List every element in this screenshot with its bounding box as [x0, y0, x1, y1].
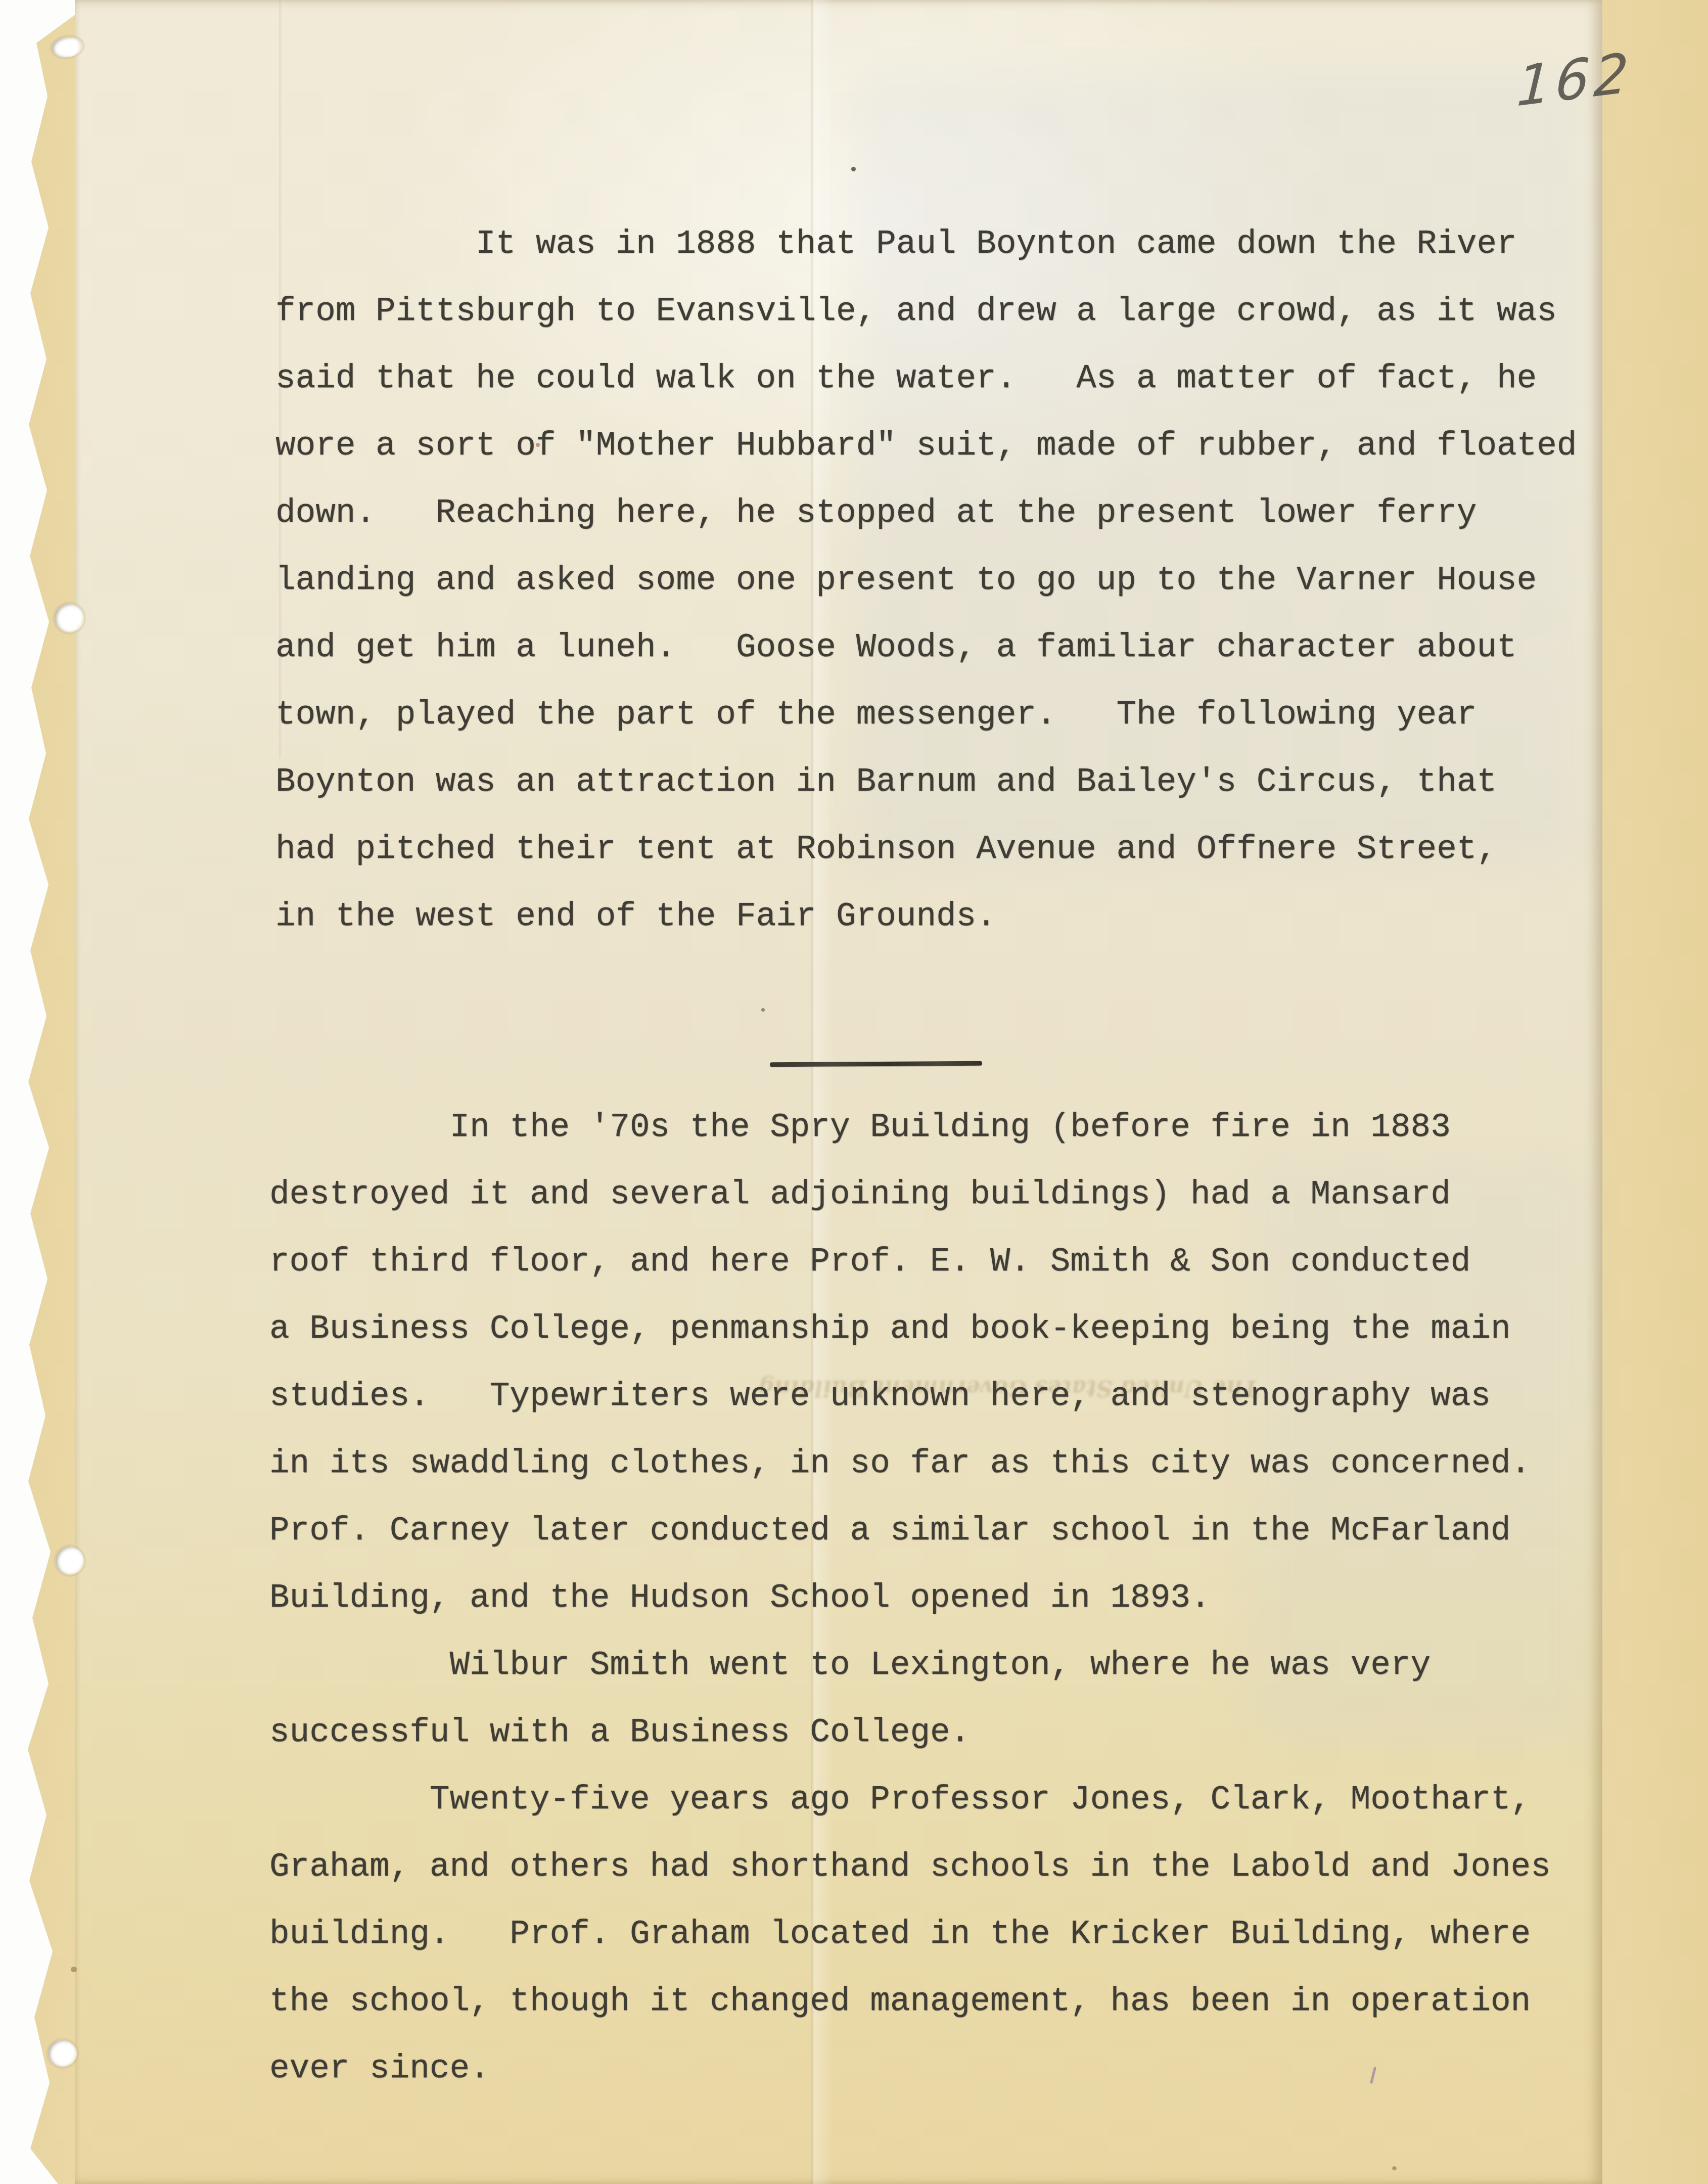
typed-line: landing and asked some one present to go… — [275, 547, 1577, 614]
typed-line: studies. Typewriters were unknown here, … — [269, 1362, 1551, 1430]
typed-line: Boynton was an attraction in Barnum and … — [275, 748, 1577, 815]
paper-stain-speck — [1392, 2166, 1397, 2170]
typed-line: ever since. — [269, 2035, 1551, 2102]
typed-line: Graham, and others had shorthand schools… — [269, 1833, 1551, 1900]
typed-line: and get him a luneh. Goose Woods, a fami… — [275, 614, 1577, 681]
typed-line: destroyed it and several adjoining build… — [269, 1161, 1551, 1228]
paper-stain-speck — [536, 443, 540, 447]
typed-line: down. Reaching here, he stopped at the p… — [275, 479, 1577, 547]
typed-line: had pitched their tent at Robinson Avenu… — [275, 815, 1577, 883]
typed-line: Prof. Carney later conducted a similar s… — [269, 1497, 1551, 1564]
typed-line: successful with a Business College. — [269, 1699, 1551, 1766]
typed-line: town, played the part of the messenger. … — [275, 681, 1577, 748]
typed-line: the school, though it changed management… — [269, 1968, 1551, 2035]
typed-line: a Business College, penmanship and book-… — [269, 1295, 1551, 1362]
typed-paragraph-boynton: It was in 1888 that Paul Boynton came do… — [275, 210, 1577, 950]
typed-line: In the '70s the Spry Building (before fi… — [269, 1094, 1551, 1161]
punch-hole-bottom — [48, 2040, 77, 2067]
typed-line: roof third floor, and here Prof. E. W. S… — [269, 1228, 1551, 1295]
punch-hole-lower-middle — [56, 1546, 84, 1575]
typed-line: It was in 1888 that Paul Boynton came do… — [275, 210, 1577, 278]
paper-stain-speck — [71, 1967, 77, 1972]
typed-line: in the west end of the Fair Grounds. — [275, 883, 1577, 950]
punch-hole-upper-middle — [55, 604, 84, 632]
typed-line: from Pittsburgh to Evansville, and drew … — [275, 278, 1577, 345]
typed-line: Building, and the Hudson School opened i… — [269, 1564, 1551, 1631]
typed-section-business-colleges: In the '70s the Spry Building (before fi… — [269, 1094, 1551, 2102]
typed-line: building. Prof. Graham located in the Kr… — [269, 1900, 1551, 1968]
typed-line: Twenty-five years ago Professor Jones, C… — [269, 1766, 1551, 1833]
typed-line: wore a sort of "Mother Hubbard" suit, ma… — [275, 412, 1577, 479]
typed-line: said that he could walk on the water. As… — [275, 345, 1577, 412]
ink-speck — [851, 167, 856, 171]
typed-line: Wilbur Smith went to Lexington, where he… — [269, 1631, 1551, 1699]
typed-line: in its swaddling clothes, in so far as t… — [269, 1430, 1551, 1497]
scanned-document-page: The United States Government Building 16… — [0, 0, 1708, 2184]
ink-speck — [761, 1008, 765, 1012]
